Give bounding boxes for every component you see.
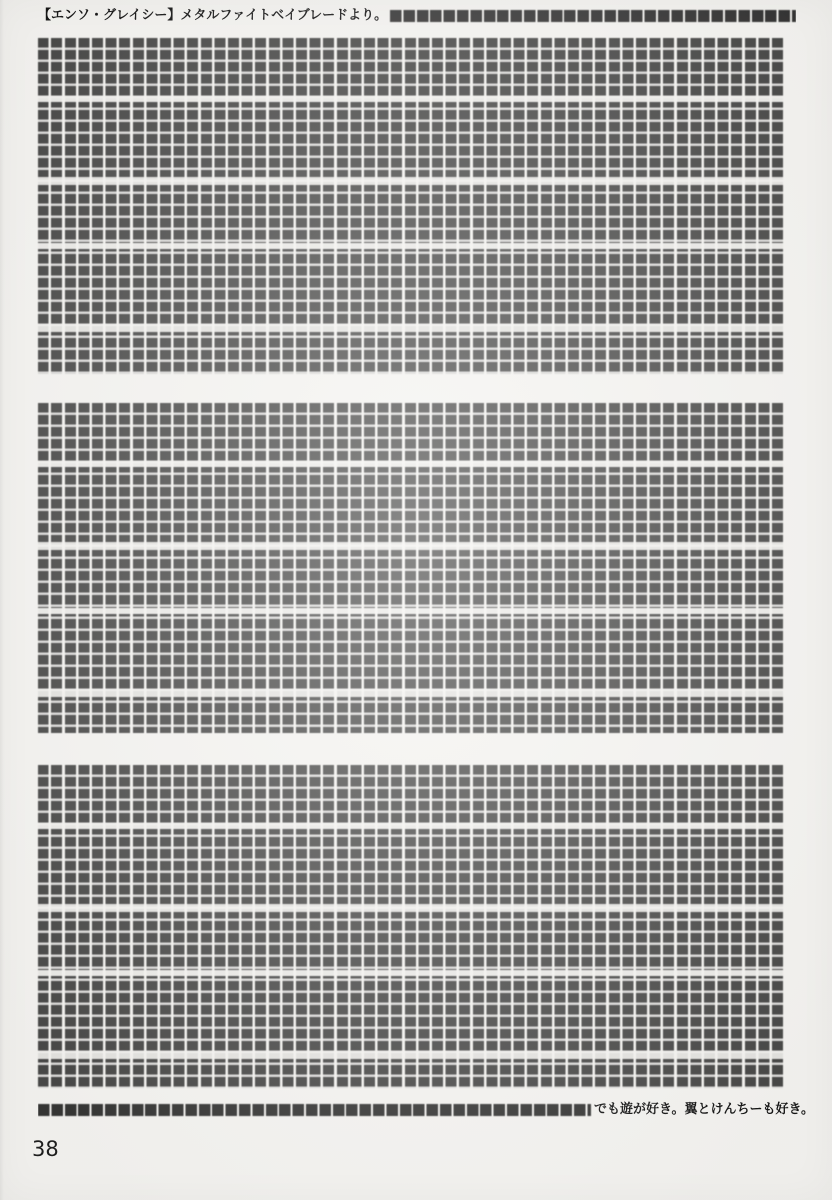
scanned-document-page: 【エンソ・グレイシー】メタルファイトベイブレードより。 でも遊が好き。翼とけんち… bbox=[0, 0, 832, 1200]
footer-caption-redacted-text bbox=[38, 1104, 591, 1116]
header-caption-text: 【エンソ・グレイシー】メタルファイトベイブレードより。 bbox=[38, 7, 387, 25]
body-text-block-2 bbox=[38, 403, 783, 733]
header-caption-redacted-text bbox=[390, 10, 796, 22]
footer-caption: でも遊が好き。翼とけんちーも好き。 bbox=[38, 1101, 814, 1119]
footer-caption-text: でも遊が好き。翼とけんちーも好き。 bbox=[594, 1101, 814, 1119]
body-text-block-3 bbox=[38, 765, 783, 1088]
body-text-block-1 bbox=[38, 38, 783, 374]
page-number: 38 bbox=[32, 1136, 59, 1162]
header-caption: 【エンソ・グレイシー】メタルファイトベイブレードより。 bbox=[38, 7, 796, 25]
